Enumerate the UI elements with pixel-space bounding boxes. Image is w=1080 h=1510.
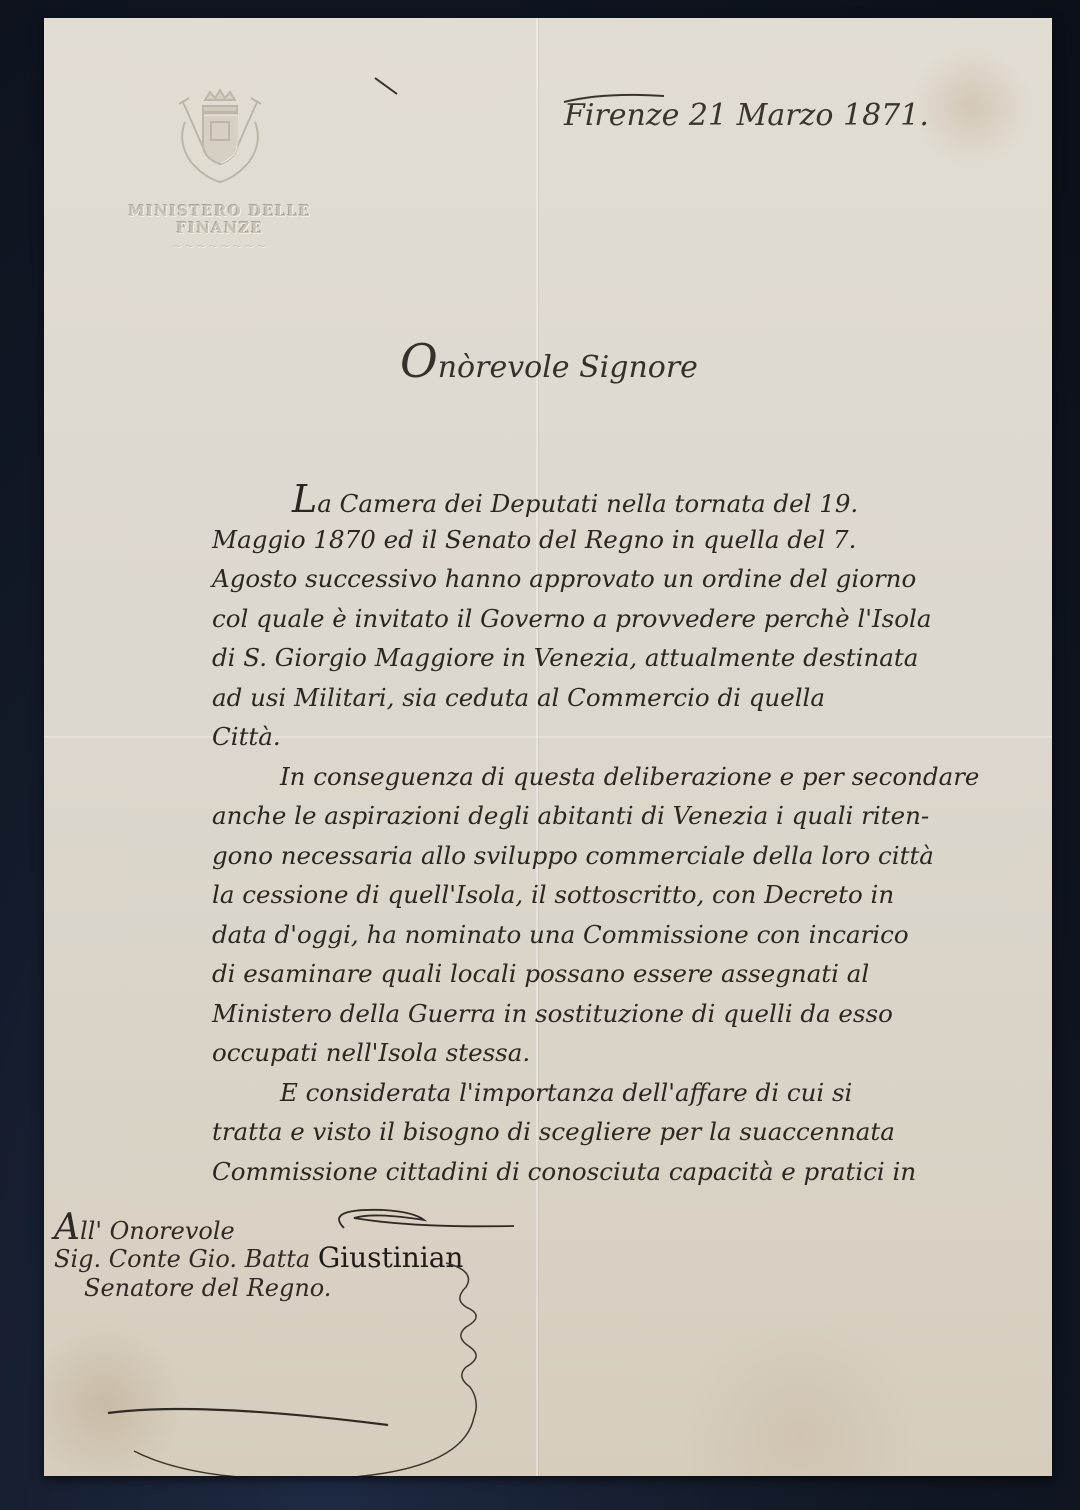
- salutation-text: nòrevole Signore: [438, 350, 698, 385]
- ministry-name: MINISTERO DELLE FINANZE: [100, 203, 340, 237]
- body-line: La Camera dei Deputati nella tornata del…: [212, 480, 1022, 520]
- body-line: di S. Giorgio Maggiore in Venezia, attua…: [212, 638, 1022, 678]
- drop-cap: L: [292, 477, 317, 521]
- address-line-1: All' Onorevole: [54, 1213, 463, 1243]
- recipient-name: Giustinian: [318, 1241, 464, 1274]
- body-line: tratta e visto il bisogno di scegliere p…: [212, 1112, 1022, 1152]
- body-line: ad usi Militari, sia ceduta al Commercio…: [212, 678, 1022, 718]
- body-line: anche le aspirazioni degli abitanti di V…: [212, 796, 1022, 836]
- letter-body: La Camera dei Deputati nella tornata del…: [212, 480, 1022, 1191]
- crest-icon: [165, 82, 275, 192]
- letterhead: MINISTERO DELLE FINANZE ~~~~~~~~: [100, 82, 340, 253]
- body-line: occupati nell'Isola stessa.: [212, 1033, 1022, 1073]
- letter-date: Firenze 21 Marzo 1871.: [564, 98, 929, 133]
- letterhead-flourish: ~~~~~~~~: [100, 239, 340, 253]
- address-line-3: Senatore del Regno.: [54, 1273, 463, 1303]
- body-line: di esaminare quali locali possano essere…: [212, 954, 1022, 994]
- body-line: col quale è invitato il Governo a provve…: [212, 599, 1022, 639]
- body-line: E considerata l'importanza dell'affare d…: [212, 1073, 1022, 1113]
- body-line: Ministero della Guerra in sostituzione d…: [212, 994, 1022, 1034]
- body-line: data d'oggi, ha nominato una Commissione…: [212, 915, 1022, 955]
- body-line: Agosto successivo hanno approvato un ord…: [212, 559, 1022, 599]
- salutation-initial: O: [400, 334, 438, 388]
- body-line: In conseguenza di questa deliberazione e…: [212, 757, 1022, 797]
- salutation: Onòrevole Signore: [400, 334, 698, 388]
- body-line: gono necessaria allo sviluppo commercial…: [212, 836, 1022, 876]
- body-line: Maggio 1870 ed il Senato del Regno in qu…: [212, 520, 1022, 560]
- body-line: Commissione cittadini di conosciuta capa…: [212, 1152, 1022, 1192]
- body-line: Città.: [212, 717, 1022, 757]
- body-line: la cessione di quell'Isola, il sottoscri…: [212, 875, 1022, 915]
- recipient-address: All' Onorevole Sig. Conte Gio. Batta Giu…: [54, 1213, 463, 1303]
- address-line-2: Sig. Conte Gio. Batta Giustinian: [54, 1243, 463, 1273]
- letter-sheet: MINISTERO DELLE FINANZE ~~~~~~~~ Firenze…: [44, 18, 1052, 1476]
